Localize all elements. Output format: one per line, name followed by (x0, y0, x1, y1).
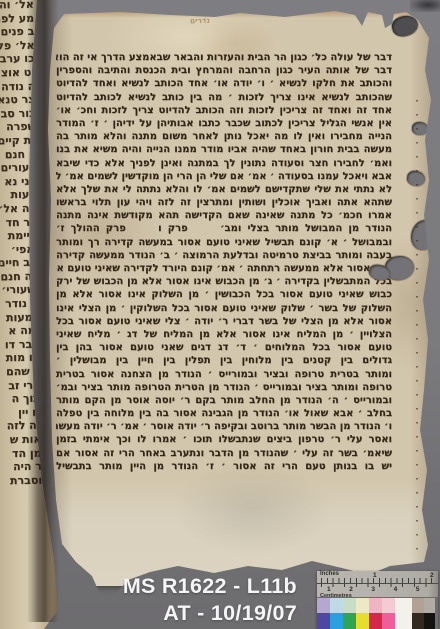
manuscript-line: הצלויין ׳ מן המליח אינו אסור אלא מן המלי… (56, 328, 392, 341)
manuscript-line: גדולים בין קטנים בין מלוחין בין תפלין בי… (56, 354, 392, 367)
manuscript-line: מעשה בבית חורון באחד שהיה אביו מודר ממנו… (56, 143, 392, 156)
centimetres-label: Centimetres (317, 593, 438, 599)
color-chip (356, 598, 369, 613)
parchment-hole (412, 122, 428, 135)
manuscript-line: בכל המתבשלין בקדירה ׳ ג׳ מן הכבוש אינו א… (56, 275, 392, 288)
cm-scale: 12345 (317, 584, 438, 593)
pricking-marks (416, 100, 418, 562)
manuscript-line: ואסר עלי ר׳ טרפון ביצים שנתבשלו תוכו ׳ א… (56, 433, 392, 446)
manuscript-line: ובמורייס ׳ ה׳ הנודר מן החלב מותר בקם ר׳ … (56, 394, 392, 407)
color-chip (395, 613, 412, 629)
color-chip (382, 613, 395, 629)
color-chip (330, 598, 343, 613)
inch-ticks (321, 578, 436, 583)
color-chip (369, 598, 382, 613)
manuscript-line: דבר של עולה כל׳ כגון הר הבית והעזרות והב… (56, 51, 392, 64)
manuscript-line: אמרו חכמ׳ כל מתנה שאינה שאם הקדישה תהא מ… (56, 209, 392, 222)
color-chip (330, 613, 343, 629)
parchment-hole (411, 220, 436, 250)
manuscript-line: אסור אלא מן הצלי של בשר דברי ר׳ יודה ׳ צ… (56, 315, 392, 328)
ruler-scale: Inches 1 2 12345 Centimetres (317, 571, 438, 598)
inches-label: Inches (320, 571, 339, 577)
manuscript-line: אחד זה ואחד זה צריכין לזכות וזה הכותב לה… (56, 104, 392, 117)
inch-number: 2 (430, 572, 434, 579)
color-chip (382, 598, 395, 613)
color-chip-row-pastel (317, 598, 438, 613)
photo-caption: MS R1622 - L11b AT - 10/19/07 (123, 573, 297, 627)
manuscript-line: השלוק של בשר ׳ שלוק שאיני טועם אסור בכל … (56, 302, 392, 315)
manuscript-line: אינו אסור אלא ממעשה רתחתה ׳ אמ׳ קונם היו… (56, 262, 392, 275)
manuscript-line: ואמ׳ לחבירו חצר וסעודה נתונין לך במתנה ו… (56, 157, 392, 170)
color-chip (412, 613, 424, 629)
manuscript-line: הנייה מחבירו ואין לו מה יאכל נותן לאחר מ… (56, 130, 392, 143)
manuscript-line: והכותב את חלקו לנשיא ׳ ו׳ יודה או׳ אחד ה… (56, 77, 392, 90)
color-chip (395, 598, 412, 613)
cm-numbers: 12345 (327, 586, 438, 593)
manuscript-line: שיאמ׳ בשר זה עלי ׳ שהנודר מן הדבר ונתערב… (56, 447, 392, 460)
color-chip (424, 613, 435, 629)
color-chip (369, 613, 382, 629)
manuscript-line: שתהא אתה ואביך אוכלין ושותין ומתרצין זה … (56, 196, 392, 209)
color-chip (317, 598, 330, 613)
manuscript-photo: אל׳ והאמע לפרי׳ב פניםאל׳ פלפיבו ערבוט או… (0, 0, 440, 629)
color-calibration-target: Inches 1 2 12345 Centimetres (317, 571, 438, 629)
manuscript-line: אבא ויאכל עמנו בסעודה ׳ אמ׳ אם שלי הן הר… (56, 170, 392, 183)
manuscript-text-block: דבר של עולה כל׳ כגון הר הבית והעזרות והב… (56, 51, 392, 473)
cm-number: 1 (327, 586, 349, 593)
manuscript-line: בעבה ומותר בביצת טרמיטה ובדלעת הרמוצה ׳ … (56, 249, 392, 262)
manuscript-line: ו׳ הנודר מן הבשר מותר ברוטב ובקיפה ר׳ יו… (56, 420, 392, 433)
color-chip (317, 613, 330, 629)
manuscript-line: שהכותב לנשיא אינו צריך לזכות ׳ מה בין כו… (56, 91, 392, 104)
date-label: AT - 10/19/07 (123, 600, 297, 627)
manuscript-page: נדרים דבר של עולה כל׳ כגון הר הבית והעזר… (38, 8, 436, 586)
inch-number: 1 (373, 572, 377, 579)
cm-number: 4 (394, 586, 416, 593)
manuscript-line: אין אנשי הגליל צריכין לכתוב שכבר כתבו אב… (56, 117, 392, 130)
manuscript-line: ומותר בטרית טרופה ובציר ובמורייס ׳ הנודר… (56, 368, 392, 381)
manuscript-line: הנודר מן המבושל מותר בצלי ומב׳ פרק ו פרק… (56, 222, 392, 235)
inch-scale: Inches 1 2 (317, 571, 438, 584)
manuscript-line: טרופה ומותר בציר ובמורייס ׳ הנודר מן הטר… (56, 381, 392, 394)
manuscript-line: ובמבושל ׳ א׳ קונם תבשיל שאיני טועם אסור … (56, 236, 392, 249)
manuscript-line: יש בו בנותן טעם הרי זה אסור ׳ ז׳ הנודר מ… (56, 460, 392, 473)
manuscript-line: טועם אסור בכל המלוחים ׳ ד׳ דג דגים שאני … (56, 341, 392, 354)
color-chip (412, 598, 424, 613)
manuscript-line: דבר של אותה העיר כגון הרחבה והמרחץ ובית … (56, 64, 392, 77)
cm-number: 5 (416, 586, 438, 593)
backdrop-smudge (410, 0, 440, 12)
cm-number: 2 (349, 586, 371, 593)
manuscript-line: לא נתתי את שלי שתקדישם לשמים אמ׳ לו והלא… (56, 183, 392, 196)
parchment-hole (383, 254, 415, 282)
shelfmark-label: MS R1622 - L11b (123, 573, 297, 600)
manuscript-line: בחלב ׳ אבא שאול או׳ הנודר מן הגבינה אסור… (56, 407, 392, 420)
color-chip (343, 613, 356, 629)
color-chip (424, 598, 435, 613)
color-chip (356, 613, 369, 629)
cm-number: 3 (371, 586, 393, 593)
color-chip-row-vivid (317, 613, 438, 629)
header-annotation: נדרים (190, 16, 210, 26)
manuscript-line: כבוש שאיני טועם אסור בכל הכבושין ׳ מן הש… (56, 288, 392, 301)
color-chip (343, 598, 356, 613)
parchment-hole (390, 13, 420, 39)
